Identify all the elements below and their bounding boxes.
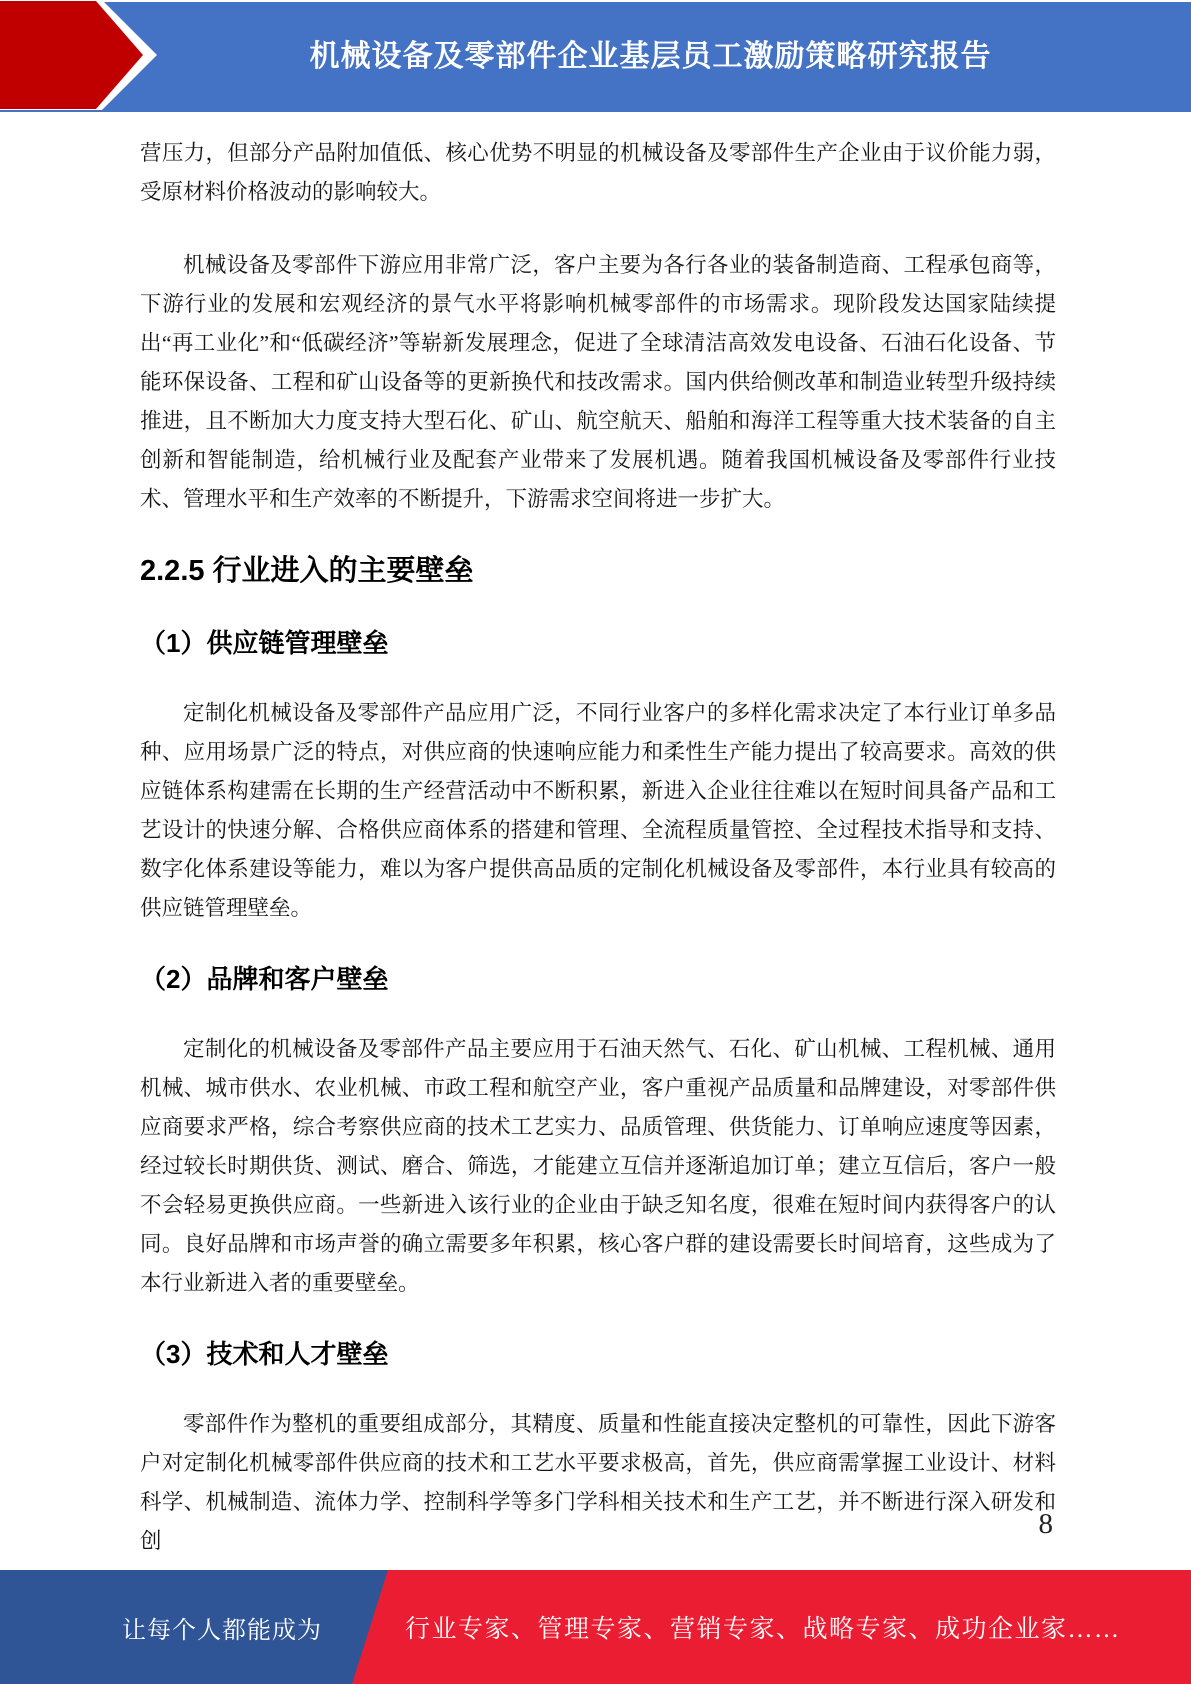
subheading-tech-talent-barrier: （3）技术和人才壁垒	[140, 1337, 1056, 1371]
footer-left-text: 让每个人都能成为	[122, 1610, 322, 1645]
subheading-supply-chain-barrier: （1）供应链管理壁垒	[140, 626, 1056, 660]
page-header-title: 机械设备及零部件企业基层员工激励策略研究报告	[170, 2, 1131, 112]
page-number: 8	[1039, 1506, 1054, 1542]
section-heading-industry-barriers: 2.2.5 行业进入的主要壁垒	[140, 553, 1056, 590]
footer-left-band: 让每个人都能成为	[0, 1570, 400, 1684]
footer-right-text: 行业专家、管理专家、营销专家、战略专家、成功企业家……	[405, 1609, 1121, 1645]
paragraph-brand-customer-barrier: 定制化的机械设备及零部件产品主要应用于石油天然气、石化、矿山机械、工程机械、通用…	[140, 1030, 1056, 1303]
page-footer: 让每个人都能成为 行业专家、管理专家、营销专家、战略专家、成功企业家……	[0, 1570, 1191, 1684]
subheading-brand-customer-barrier: （2）品牌和客户壁垒	[140, 962, 1056, 996]
header-banner: 机械设备及零部件企业基层员工激励策略研究报告	[0, 2, 1191, 112]
paragraph-supply-chain-barrier: 定制化机械设备及零部件产品应用广泛，不同行业客户的多样化需求决定了本行业订单多品…	[140, 694, 1056, 928]
document-body: 营压力，但部分产品附加值低、核心优势不明显的机械设备及零部件生产企业由于议价能力…	[140, 134, 1056, 1595]
report-page: 机械设备及零部件企业基层员工激励策略研究报告 营压力，但部分产品附加值低、核心优…	[0, 0, 1191, 1684]
paragraph-tech-talent-barrier: 零部件作为整机的重要组成部分，其精度、质量和性能直接决定整机的可靠性，因此下游客…	[140, 1405, 1056, 1561]
paragraph-downstream-demand: 机械设备及零部件下游应用非常广泛，客户主要为各行各业的装备制造商、工程承包商等，…	[140, 246, 1056, 519]
red-arrow-icon	[0, 0, 170, 110]
paragraph-continuation: 营压力，但部分产品附加值低、核心优势不明显的机械设备及零部件生产企业由于议价能力…	[140, 134, 1056, 212]
